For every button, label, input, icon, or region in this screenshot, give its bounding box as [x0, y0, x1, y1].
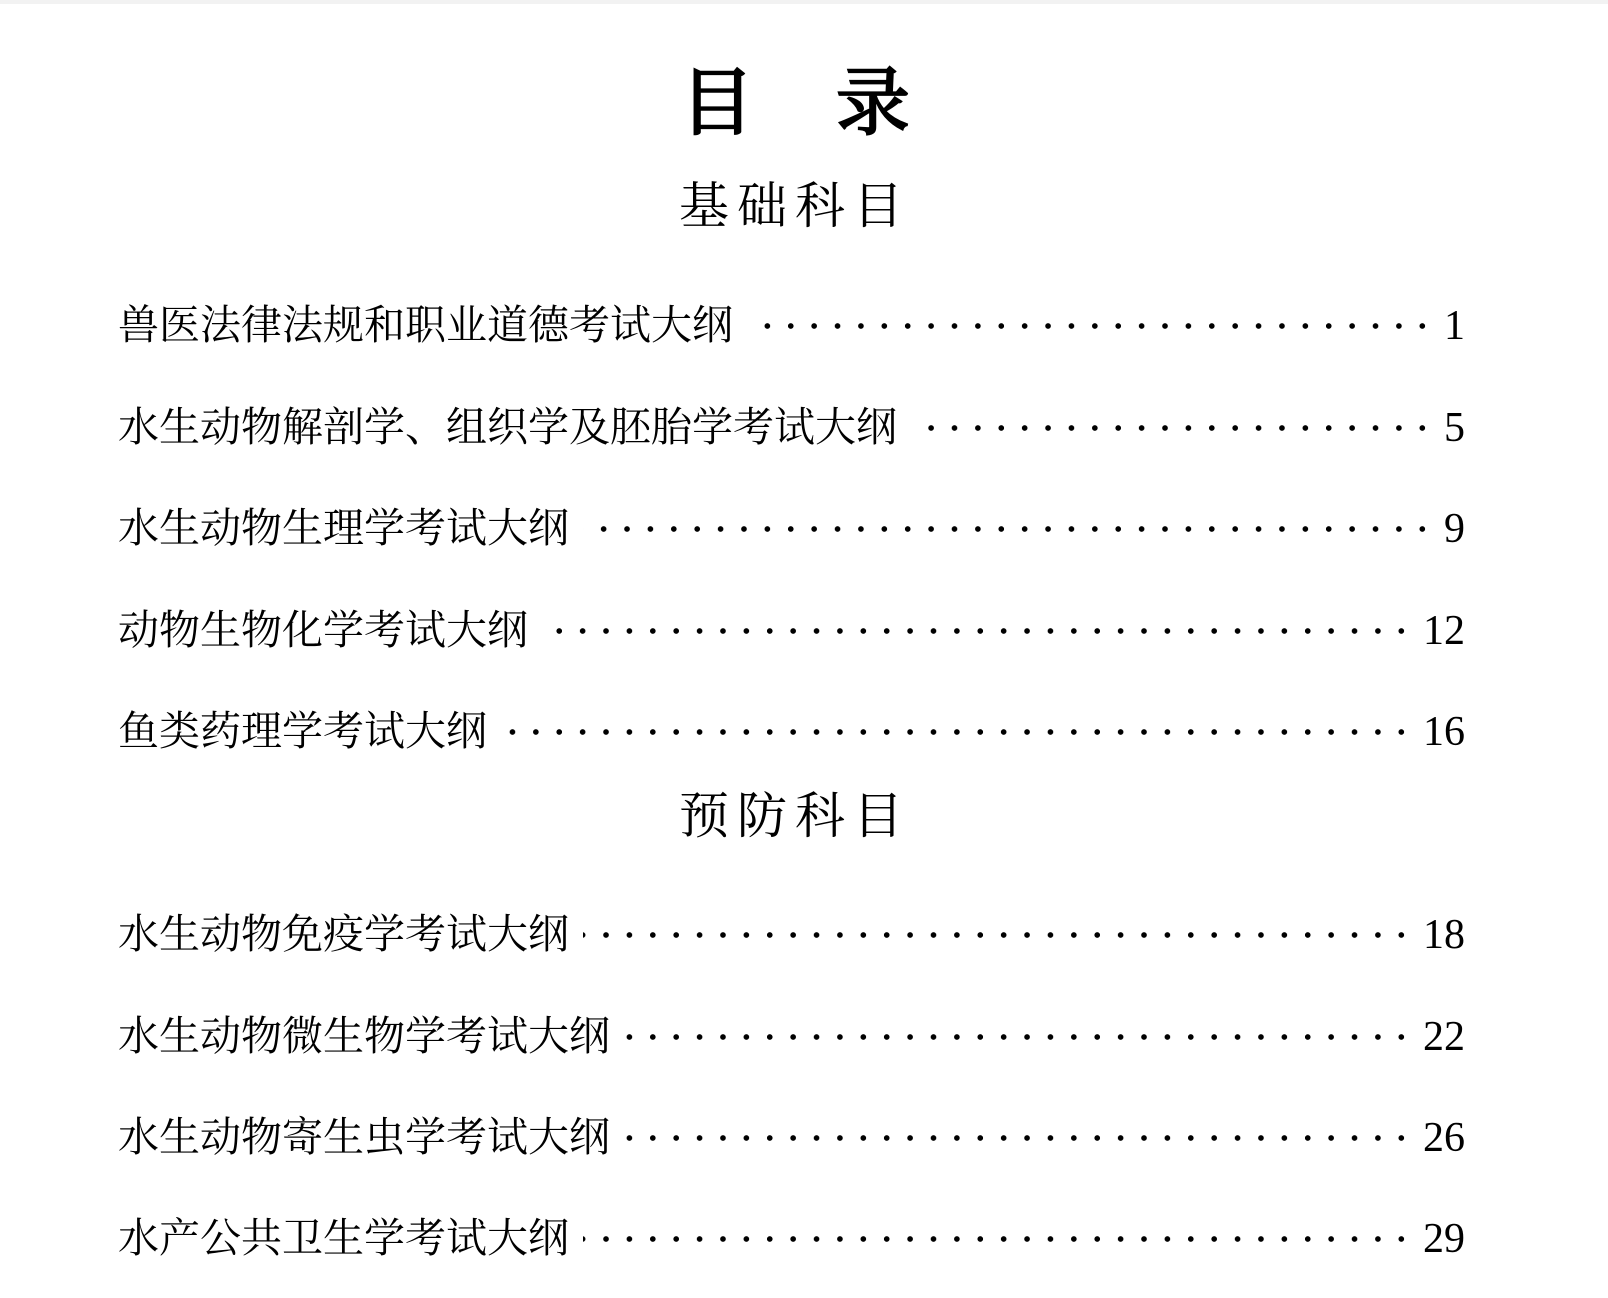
top-strip [0, 0, 1608, 4]
toc-entry-page: 18 [1423, 907, 1465, 963]
toc-entry-page: 22 [1423, 1009, 1465, 1065]
toc-entry-page: 12 [1423, 603, 1465, 659]
toc-entry[interactable]: 鱼类药理学考试大纲 16 [118, 689, 1465, 745]
toc-entry-page: 29 [1423, 1211, 1465, 1267]
toc-entry[interactable]: 水产公共卫生学考试大纲 29 [118, 1196, 1465, 1252]
dot-leader [911, 385, 1434, 441]
toc-entry-label: 水生动物免疫学考试大纲 [118, 906, 569, 962]
toc-entry-page: 1 [1444, 298, 1465, 354]
toc-entry-page: 26 [1423, 1110, 1465, 1166]
toc-entry-page: 9 [1444, 501, 1465, 557]
toc-entry-label: 水生动物解剖学、组织学及胚胎学考试大纲 [118, 399, 897, 455]
toc-entry[interactable]: 动物生物化学考试大纲 12 [118, 588, 1465, 644]
toc-entry[interactable]: 水生动物免疫学考试大纲 18 [118, 892, 1465, 948]
dot-leader [583, 892, 1413, 948]
toc-entry-label: 水生动物生理学考试大纲 [118, 500, 569, 556]
toc-entry[interactable]: 水生动物生理学考试大纲 9 [118, 486, 1465, 542]
toc-entry[interactable]: 水生动物寄生虫学考试大纲 26 [118, 1095, 1465, 1151]
toc-entry-label: 动物生物化学考试大纲 [118, 602, 528, 658]
toc-entry[interactable]: 水生动物微生物学考试大纲 22 [118, 994, 1465, 1050]
dot-leader [583, 486, 1434, 542]
toc-entry[interactable]: 兽医法律法规和职业道德考试大纲 1 [118, 283, 1465, 339]
page-title: 目 录 [0, 58, 1590, 148]
dot-leader [624, 1095, 1413, 1151]
dot-leader [747, 283, 1434, 339]
section-heading-prevention: 预防科目 [0, 786, 1590, 846]
toc-entry-label: 水生动物微生物学考试大纲 [118, 1008, 610, 1064]
dot-leader [542, 588, 1413, 644]
toc-entry-label: 水生动物寄生虫学考试大纲 [118, 1109, 610, 1165]
dot-leader [501, 689, 1413, 745]
section-heading-basic: 基础科目 [0, 176, 1590, 236]
toc-entry-page: 16 [1423, 704, 1465, 760]
toc-entry-page: 5 [1444, 400, 1465, 456]
toc-entry-label: 鱼类药理学考试大纲 [118, 703, 487, 759]
toc-entry-label: 兽医法律法规和职业道德考试大纲 [118, 297, 733, 353]
toc-entry-label: 水产公共卫生学考试大纲 [118, 1210, 569, 1266]
toc-entry[interactable]: 水生动物解剖学、组织学及胚胎学考试大纲 5 [118, 385, 1465, 441]
dot-leader [624, 994, 1413, 1050]
dot-leader [583, 1196, 1413, 1252]
